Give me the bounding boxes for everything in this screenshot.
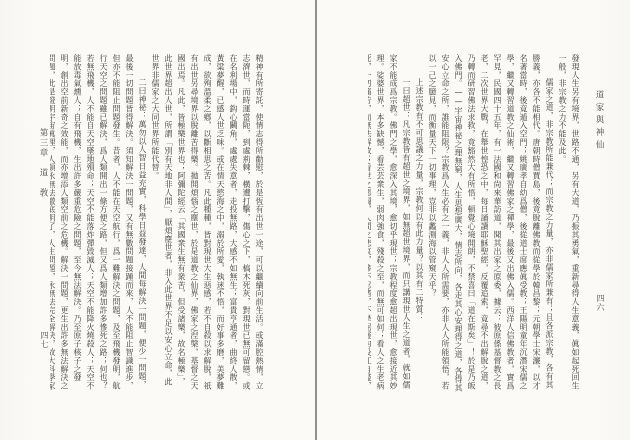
paragraph: 一曰超世：凡宗教皆有超世之境界，如無超世境界，而只講現世人生之道者，就如儒家不能…: [368, 54, 413, 392]
paragraph-continuation: 發現人生另有境界，世路不通，另有大道，乃振其勇氣，重新尋得人生意義，眞如起死回生…: [556, 54, 582, 392]
right-page-text-block: 發現人生另有境界，世路不通，另有大道，乃振其勇氣，重新尋得人生意義，眞如起死回生…: [368, 54, 582, 392]
page-number-right: 四六: [595, 294, 606, 312]
paragraph: 上述宗教有不可思議之力量，宗教何以有此力量？以其有二特質：: [413, 54, 426, 392]
page-number-left: 四七: [39, 331, 50, 349]
left-page-text-block: 精神有所寄託，使情志得所勸慰，於是恆有出世一途，可以繼續向前生活。或滿腔熱情，立…: [50, 54, 266, 392]
book-scan-spread: 發現人生另有境界，世路不通，另有大道，乃振其勇氣，重新尋得人生意義，眞如起死回生…: [0, 0, 630, 440]
paragraph: 儒家之道，非宗教所能兼代；而宗教之力量，亦非儒家所兼有；且各派宗教，各有其勝義，…: [426, 54, 556, 392]
chapter-title-left: 第三章 道 敎: [37, 128, 49, 198]
paragraph-continuation: 精神有所寄託，使情志得所勸慰，於是恆有出世一途，可以繼續向前生活。或滿腔熱情，立…: [149, 54, 266, 392]
paragraph: 二曰神祕：萬勿以人智日益充實，科學日益發達，人間每解決一問題，便少一問題，最後一…: [50, 54, 149, 392]
running-title-right: 道家與神仙: [593, 90, 605, 153]
page-gutter-divider: [315, 0, 317, 440]
